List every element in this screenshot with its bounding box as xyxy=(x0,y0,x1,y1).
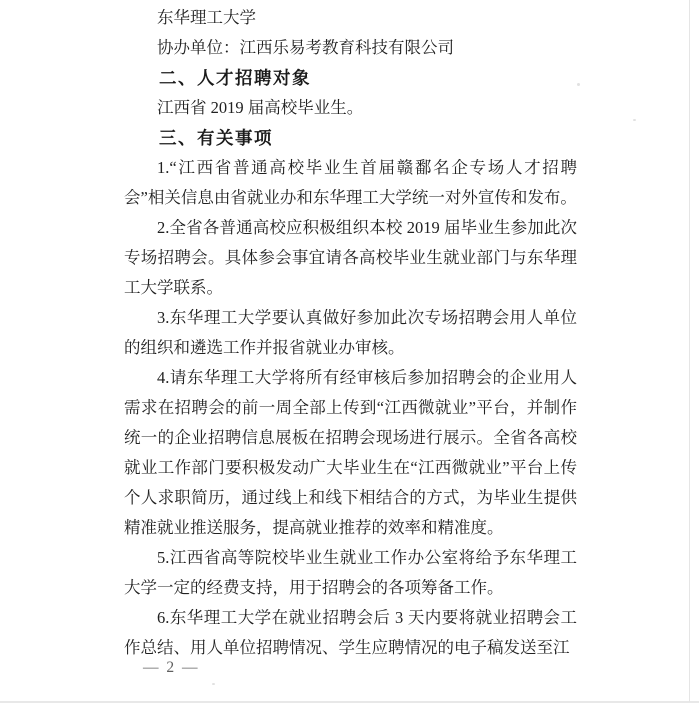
scan-speck xyxy=(633,119,636,121)
document-page: 东华理工大学 协办单位：江西乐易考教育科技有限公司 二、人才招聘对象 江西省 2… xyxy=(0,0,699,714)
section-heading-recruit-target: 二、人才招聘对象 xyxy=(124,63,577,93)
scan-speck xyxy=(212,683,215,685)
scan-edge-bottom-line xyxy=(0,701,699,703)
body-line-host-university: 东华理工大学 xyxy=(124,3,577,33)
scan-edge-right-line xyxy=(689,0,690,702)
body-line-target-graduates: 江西省 2019 届高校毕业生。 xyxy=(124,93,577,123)
body-line-co-organizer: 协办单位：江西乐易考教育科技有限公司 xyxy=(124,33,577,63)
paragraph-item-3: 3.东华理工大学要认真做好参加此次专场招聘会用人单位的组织和遴选工作并报省就业办… xyxy=(124,303,577,363)
scan-speck xyxy=(577,83,580,86)
page-number: — 2 — xyxy=(143,657,200,679)
paragraph-item-6: 6.东华理工大学在就业招聘会后 3 天内要将就业招聘会工作总结、用人单位招聘情况… xyxy=(124,603,577,663)
section-heading-related-matters: 三、有关事项 xyxy=(124,123,577,153)
document-body: 东华理工大学 协办单位：江西乐易考教育科技有限公司 二、人才招聘对象 江西省 2… xyxy=(124,3,577,663)
paragraph-item-1: 1.“江西省普通高校毕业生首届赣鄱名企专场人才招聘会”相关信息由省就业办和东华理… xyxy=(124,153,577,213)
paragraph-item-2: 2.全省各普通高校应积极组织本校 2019 届毕业生参加此次专场招聘会。具体参会… xyxy=(124,213,577,303)
paragraph-item-4: 4.请东华理工大学将所有经审核后参加招聘会的企业用人需求在招聘会的前一周全部上传… xyxy=(124,363,577,543)
paragraph-item-5: 5.江西省高等院校毕业生就业工作办公室将给予东华理工大学一定的经费支持，用于招聘… xyxy=(124,543,577,603)
